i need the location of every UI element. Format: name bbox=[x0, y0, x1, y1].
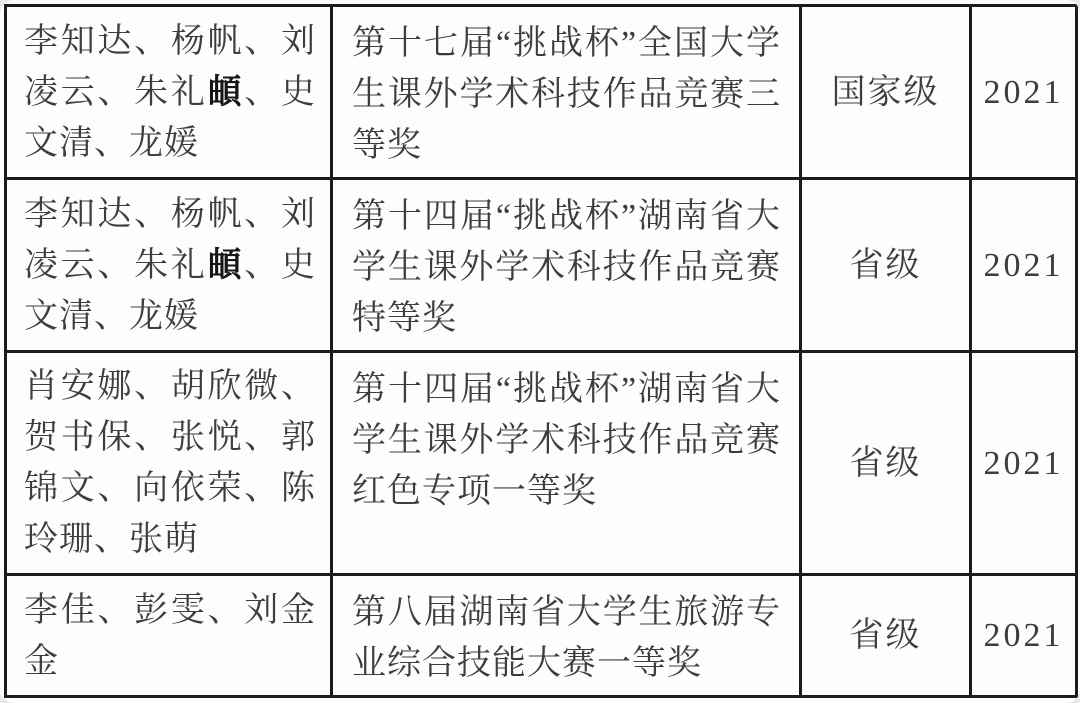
awards-table: 李知达、杨帆、刘凌云、朱礼頔、史文清、龙媛 第十七届“挑战杯”全国大学生课外学术… bbox=[4, 4, 1078, 698]
award-year-cell: 2021 bbox=[971, 179, 1077, 352]
names-cell: 李佳、彭雯、刘金金 bbox=[6, 575, 332, 697]
award-year-cell: 2021 bbox=[971, 352, 1077, 575]
table-row: 李佳、彭雯、刘金金 第八届湖南省大学生旅游专业综合技能大赛一等奖 省级 2021 bbox=[6, 575, 1077, 697]
award-level-cell: 国家级 bbox=[801, 6, 971, 179]
table-row: 李知达、杨帆、刘凌云、朱礼頔、史文清、龙媛 第十七届“挑战杯”全国大学生课外学术… bbox=[6, 6, 1077, 179]
names-cell: 肖安娜、胡欣微、贺书保、张悦、郭锦文、向依荣、陈玲珊、张萌 bbox=[6, 352, 332, 575]
table-row: 李知达、杨帆、刘凌云、朱礼頔、史文清、龙媛 第十四届“挑战杯”湖南省大学生课外学… bbox=[6, 179, 1077, 352]
award-year-cell: 2021 bbox=[971, 575, 1077, 697]
award-title-cell: 第十七届“挑战杯”全国大学生课外学术科技作品竞赛三等奖 bbox=[332, 6, 801, 179]
award-level-cell: 省级 bbox=[801, 352, 971, 575]
table-row: 肖安娜、胡欣微、贺书保、张悦、郭锦文、向依荣、陈玲珊、张萌 第十四届“挑战杯”湖… bbox=[6, 352, 1077, 575]
award-title-cell: 第八届湖南省大学生旅游专业综合技能大赛一等奖 bbox=[332, 575, 801, 697]
award-year-cell: 2021 bbox=[971, 6, 1077, 179]
award-level-cell: 省级 bbox=[801, 179, 971, 352]
scanned-document-page: 李知达、杨帆、刘凌云、朱礼頔、史文清、龙媛 第十七届“挑战杯”全国大学生课外学术… bbox=[0, 0, 1080, 703]
award-title-cell: 第十四届“挑战杯”湖南省大学生课外学术科技作品竞赛特等奖 bbox=[332, 179, 801, 352]
award-level-cell: 省级 bbox=[801, 575, 971, 697]
names-cell: 李知达、杨帆、刘凌云、朱礼頔、史文清、龙媛 bbox=[6, 179, 332, 352]
award-title-cell: 第十四届“挑战杯”湖南省大学生课外学术科技作品竞赛红色专项一等奖 bbox=[332, 352, 801, 575]
names-cell: 李知达、杨帆、刘凌云、朱礼頔、史文清、龙媛 bbox=[6, 6, 332, 179]
